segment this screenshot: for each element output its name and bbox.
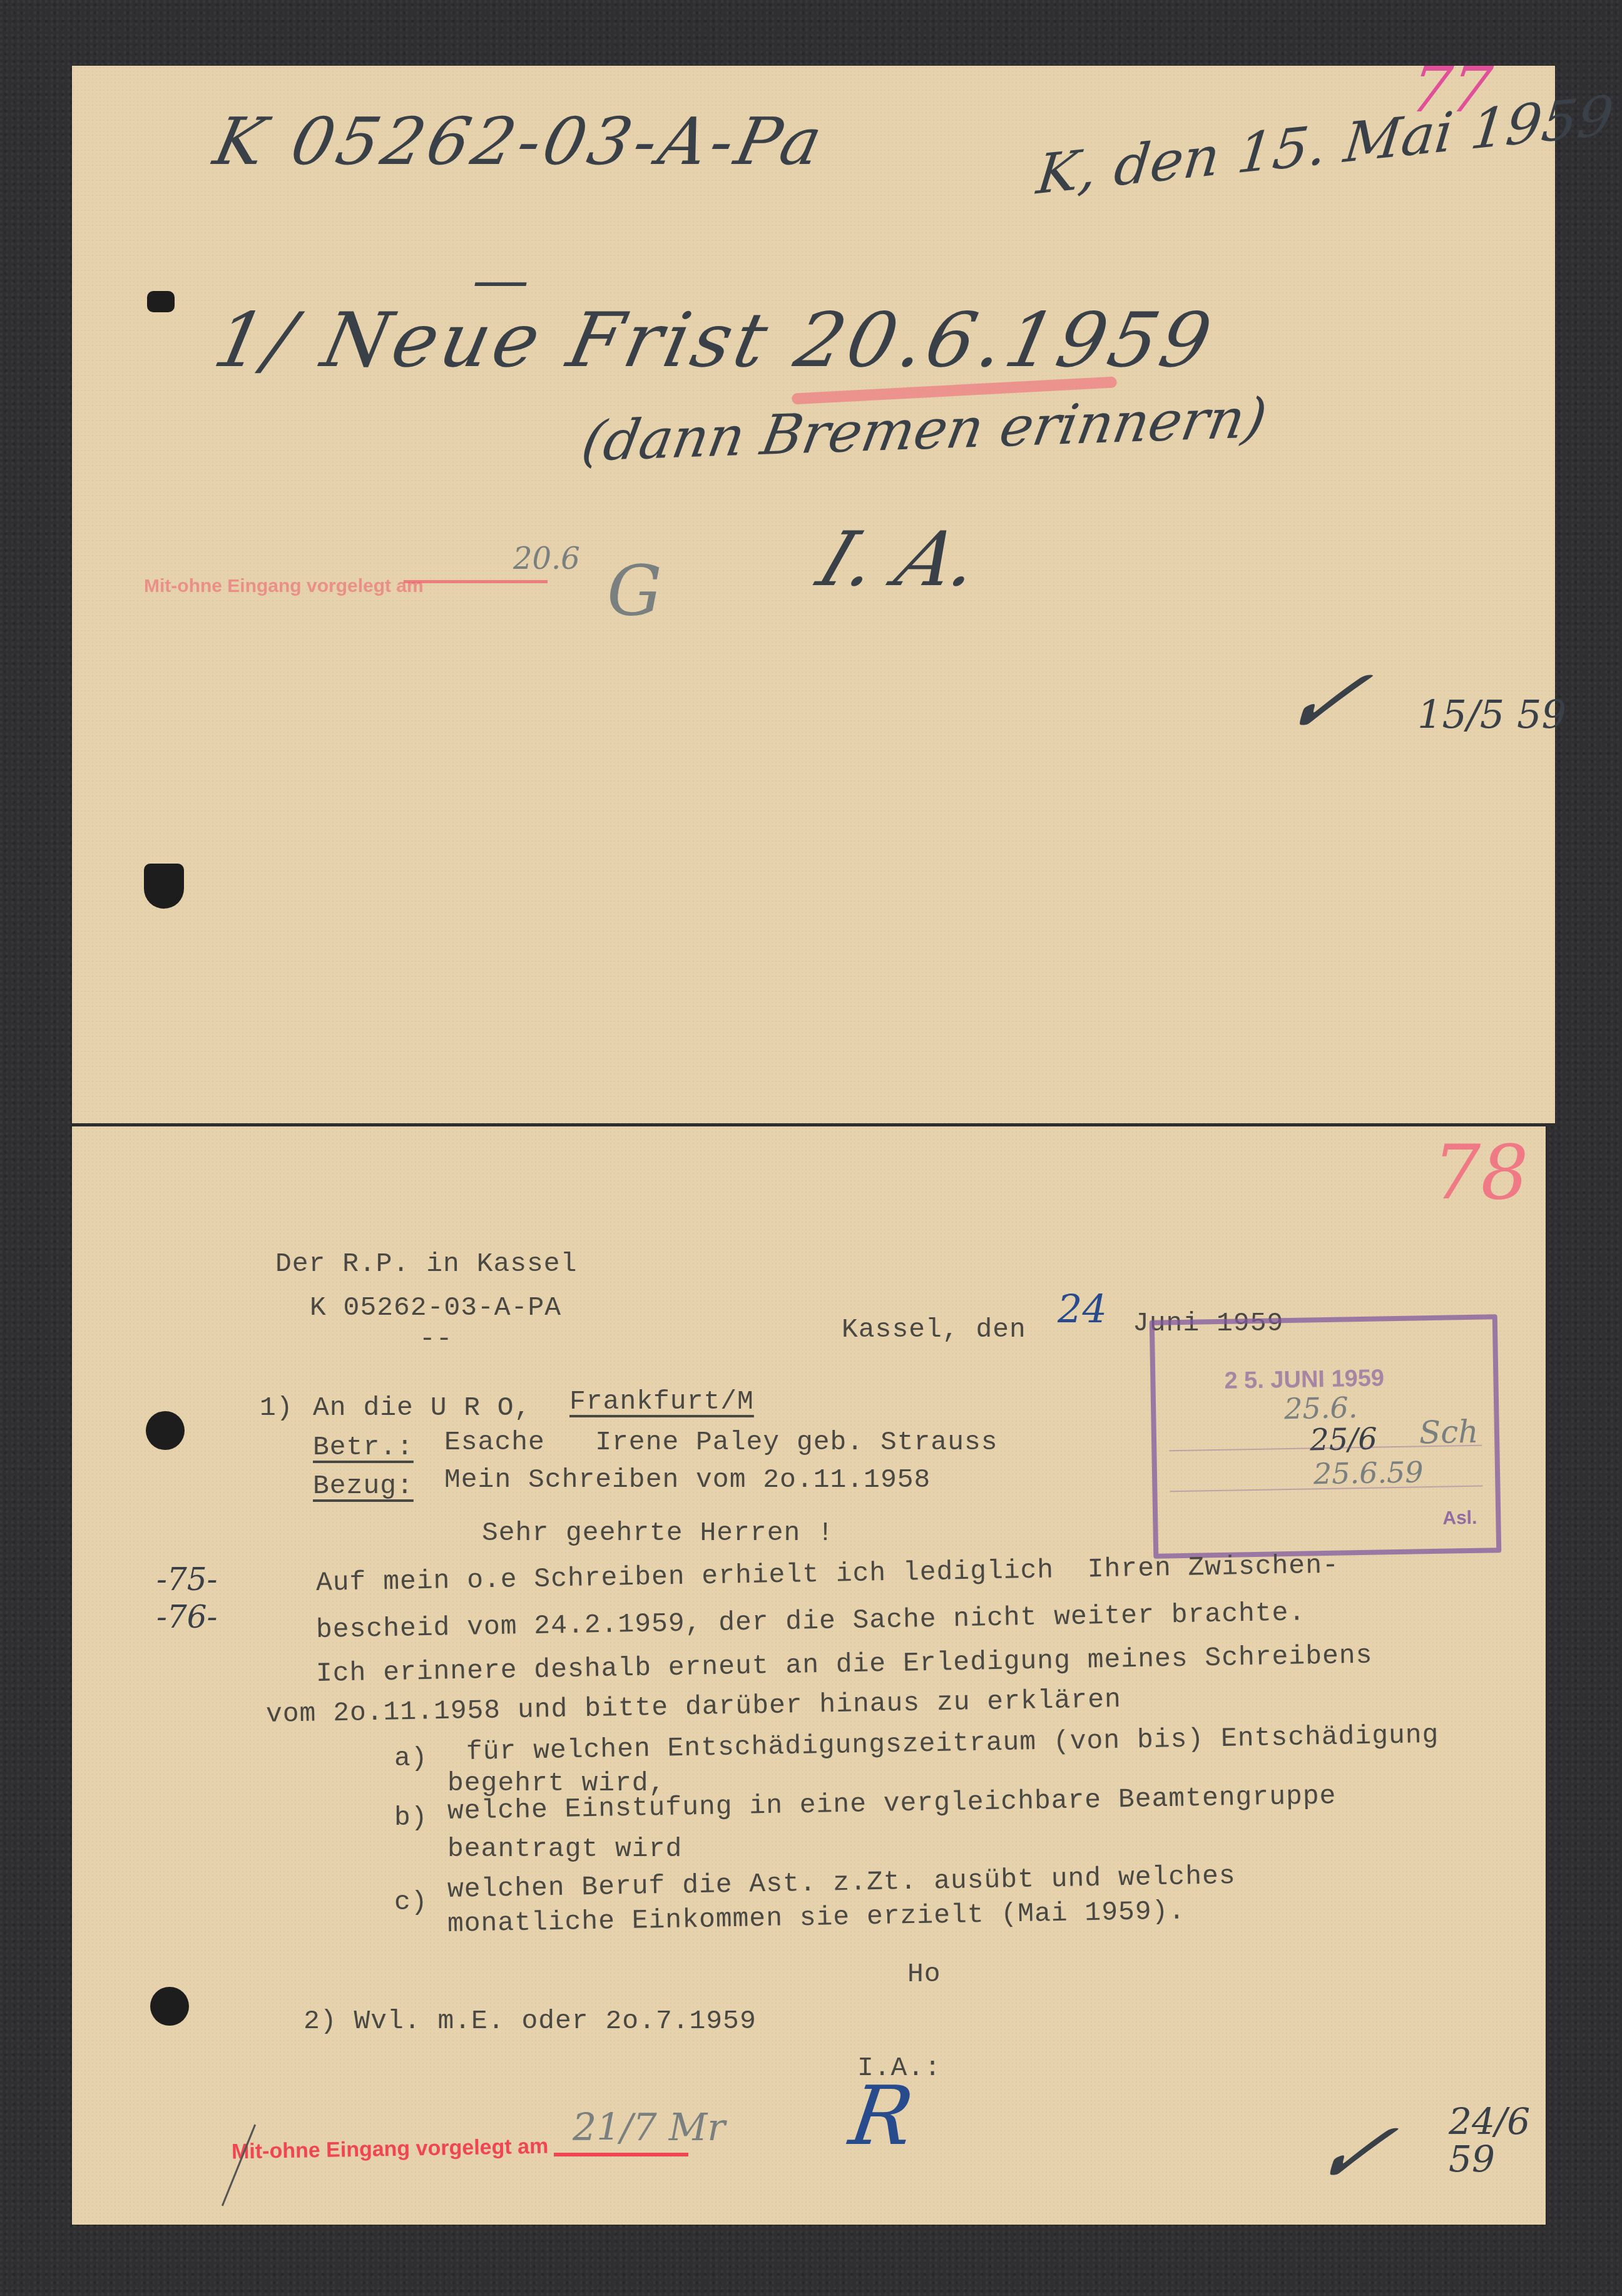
margin-note-1: -75- <box>156 1561 217 1598</box>
item-2-followup: 2) Wvl. m.E. oder 2o.7.1959 <box>303 2006 757 2036</box>
signature-mark: ✓ <box>1298 2103 1409 2205</box>
day-handwritten: 24 <box>1058 1286 1107 1332</box>
reference: K 05262-03-A-PA <box>310 1292 561 1323</box>
place-date-prefix: Kassel, den <box>842 1314 1026 1345</box>
signature-date: 15/5 59 <box>1417 691 1566 737</box>
body-line-3: Ich erinnere deshalb erneut an die Erled… <box>316 1640 1373 1689</box>
list-item-b-marker: b) <box>394 1802 428 1833</box>
addressee-city: Frankfurt/M <box>569 1386 754 1417</box>
list-item-a-line1: für welchen Entschädigungszeitraum (von … <box>466 1720 1439 1767</box>
signature-blue: R <box>844 2068 919 2163</box>
top-file-card: 77 K 05262-03-A-Pa K, den 15. Mai 1959 —… <box>72 66 1555 1123</box>
typist-initials: Ho <box>907 1959 941 1989</box>
signature-date: 24/6 59 <box>1449 2103 1511 2178</box>
receipt-handwritten-2: 25/6 <box>1310 1422 1378 1458</box>
initials-signature: I. A. <box>807 516 994 603</box>
stamp-date-handwritten: 20.6 <box>513 541 580 576</box>
stamp-initial: G <box>607 551 662 631</box>
received-stamp-faint: Mit-ohne Eingang vorgelegt am <box>144 576 424 597</box>
addressee-prefix: An die U R O, <box>313 1392 531 1423</box>
stamp-line <box>404 580 548 583</box>
list-item-c-marker: c) <box>394 1887 428 1917</box>
punch-hole <box>147 291 175 312</box>
receipt-stamp: 2 5. JUNI 1959 25.6. 25/6 Sch 25.6.59 As… <box>1150 1314 1502 1559</box>
instruction-line: 1/ Neue Frist 20.6.1959 <box>207 297 1222 384</box>
sender: Der R.P. in Kassel <box>275 1248 577 1279</box>
body-line-2: bescheid vom 24.2.1959, der die Sache ni… <box>316 1597 1306 1645</box>
reference-value: Mein Schreiben vom 2o.11.1958 <box>444 1464 931 1495</box>
instruction-note: (dann Bremen erinnern) <box>577 385 1272 474</box>
file-reference: K 05262-03-A-Pa <box>208 103 832 180</box>
page-number: 78 <box>1433 1130 1529 1217</box>
punch-hole <box>144 864 184 909</box>
signature-mark: ✓ <box>1266 648 1384 757</box>
body-line-1: Auf mein o.e Schreiben erhielt ich ledig… <box>316 1549 1340 1598</box>
receipt-stamp-date: 2 5. JUNI 1959 <box>1224 1365 1384 1394</box>
strike-mark <box>222 2125 256 2207</box>
stamp-handwritten: 21/7 Mr <box>573 2106 725 2150</box>
subject-value: Esache Irene Paley geb. Strauss <box>444 1427 998 1457</box>
stamp-line <box>554 2153 688 2156</box>
receipt-stamp-label: Asl. <box>1442 1508 1477 1529</box>
salutation: Sehr geehrte Herren ! <box>482 1518 834 1548</box>
margin-note-2: -76- <box>156 1599 217 1635</box>
receipt-handwritten-3: 25.6.59 <box>1313 1455 1424 1491</box>
list-item-b-line2: beantragt wird <box>447 1834 682 1864</box>
bottom-letter-card: 78 Der R.P. in Kassel K 05262-03-A-PA --… <box>72 1126 1546 2225</box>
receipt-handwritten-1: 25.6. <box>1284 1390 1358 1426</box>
addressee-number: 1) <box>260 1392 293 1423</box>
reference-label: Bezug: <box>313 1471 414 1501</box>
punch-hole <box>146 1411 185 1450</box>
place-date: K, den 15. Mai 1959 <box>1034 83 1616 207</box>
list-item-a-marker: a) <box>394 1743 428 1773</box>
body-line-4: vom 2o.11.1958 und bitte darüber hinaus … <box>266 1684 1122 1730</box>
punch-hole <box>150 1987 189 2026</box>
subject-label: Betr.: <box>313 1432 414 1462</box>
received-stamp: Mit-ohne Eingang vorgelegt am <box>232 2135 549 2165</box>
reference-mark: -- <box>419 1324 453 1354</box>
